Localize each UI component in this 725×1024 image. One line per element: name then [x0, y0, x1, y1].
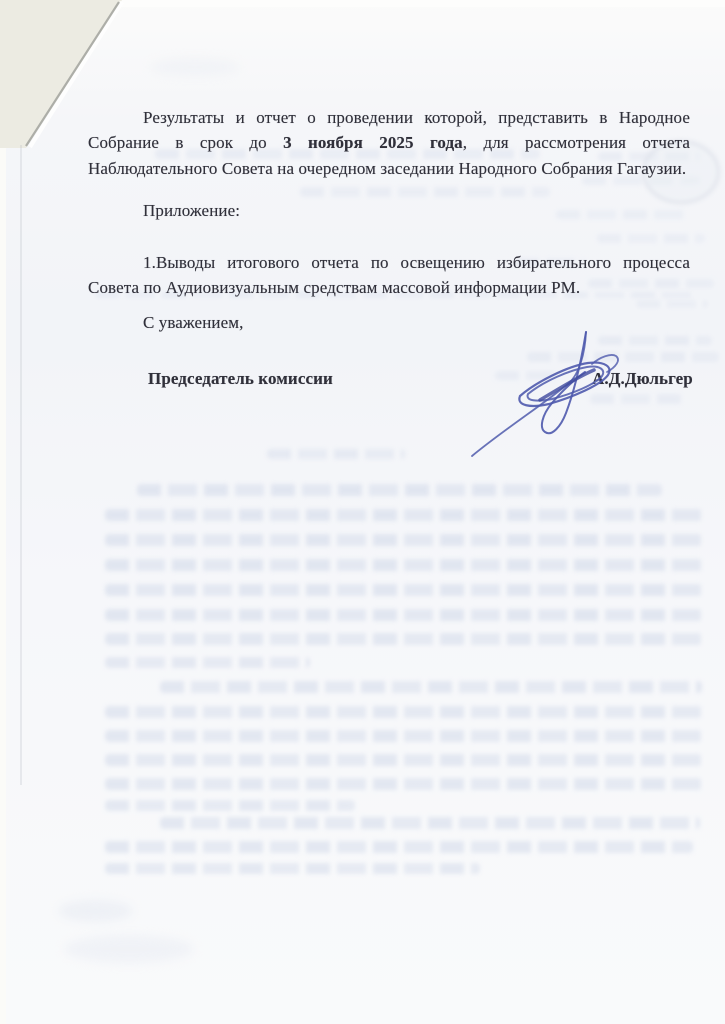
- signer-title: Председатель комиссии: [148, 366, 333, 391]
- attachment-item: 1.Выводы итогового отчета по освещению и…: [88, 250, 690, 301]
- letter-content: Результаты и отчет о проведении которой,…: [0, 0, 725, 1024]
- scanned-letter-page: Результаты и отчет о проведении которой,…: [0, 0, 725, 1024]
- body-paragraph: Результаты и отчет о проведении которой,…: [88, 105, 690, 181]
- deadline-date: 3 ноября 2025 года: [283, 133, 463, 152]
- closing-salutation: С уважением,: [143, 310, 243, 335]
- handwritten-signature-icon: [470, 320, 660, 460]
- attachment-heading: Приложение:: [143, 198, 240, 223]
